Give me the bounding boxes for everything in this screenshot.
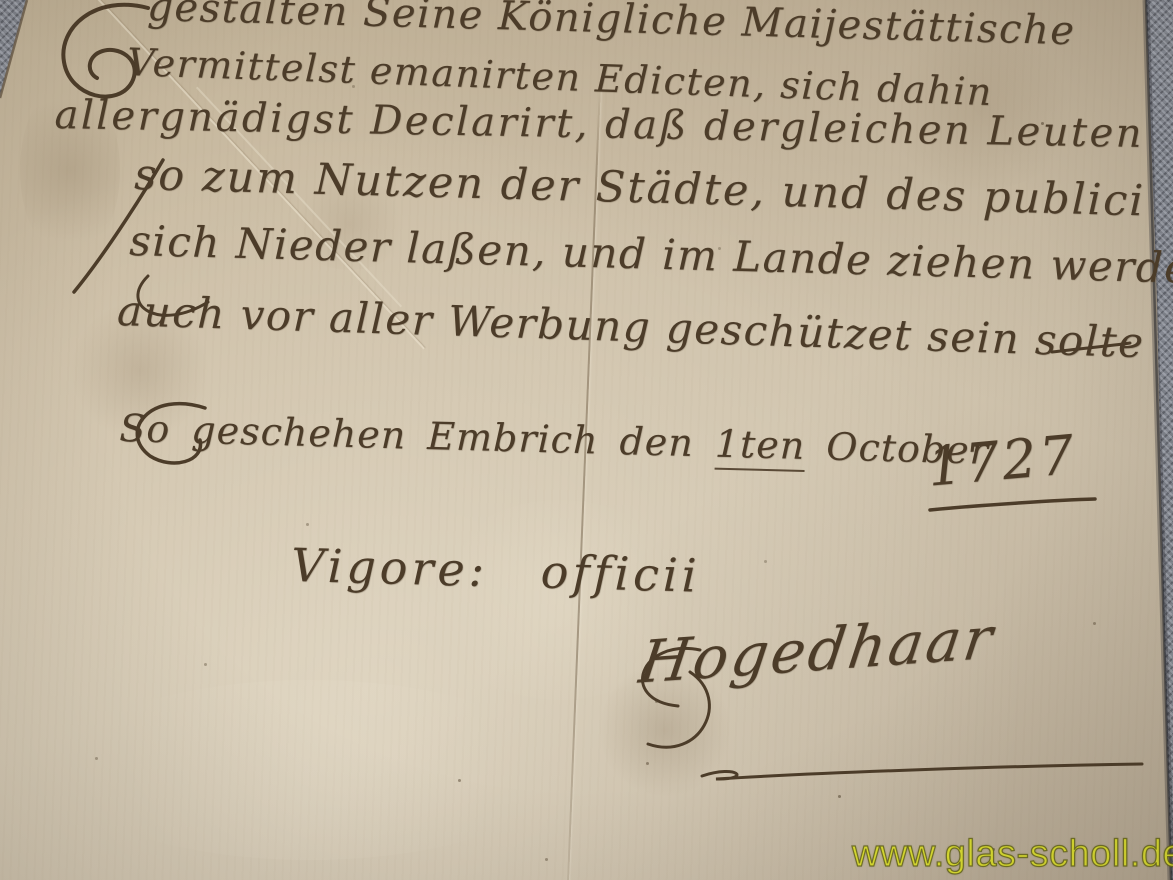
photo-of-manuscript: gestalten Seine Königliche Maijestättisc… xyxy=(0,0,1173,880)
dateline-day: 1ten xyxy=(714,422,806,472)
dateline-year: 1727 xyxy=(925,423,1079,499)
watermark-text: www.glas-scholl.de xyxy=(852,833,1173,876)
light-patch xyxy=(60,680,560,860)
subscription-line: Vigore: officii xyxy=(291,538,702,603)
